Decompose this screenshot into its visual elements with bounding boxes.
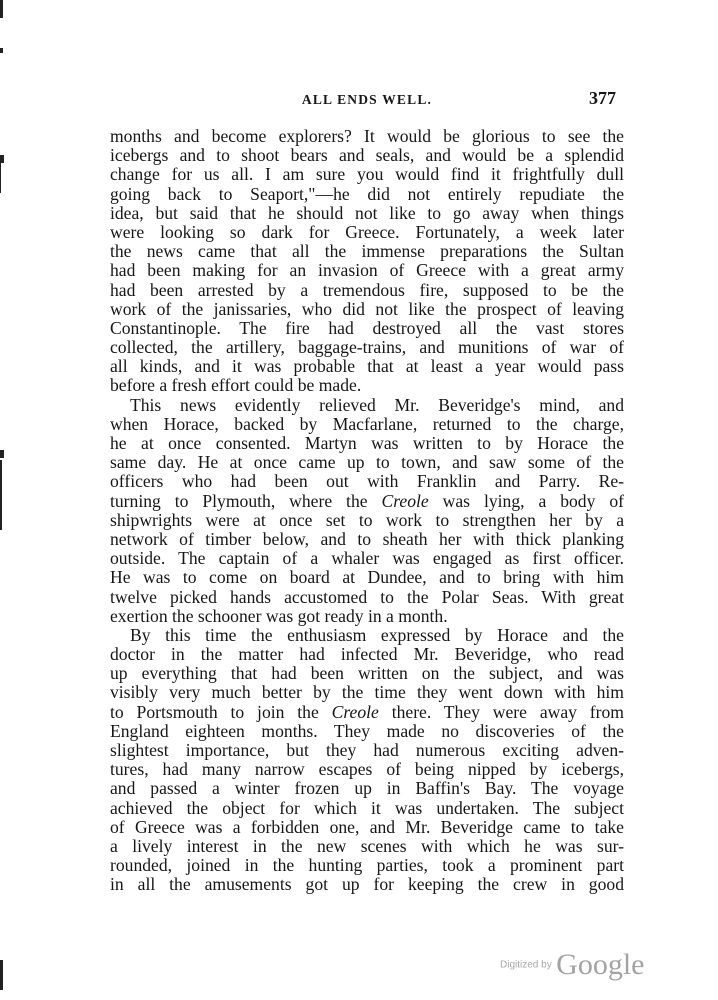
- text-line: He was to come on board at Dundee, and t…: [110, 568, 624, 587]
- scan-edge-mark: [0, 163, 1, 193]
- text-line: going back to Seaport,"—he did not entir…: [110, 185, 624, 204]
- scan-edge-mark: [0, 460, 2, 530]
- digitized-watermark: Digitized by Google: [500, 948, 644, 982]
- text-line: rounded, joined in the hunting parties, …: [110, 856, 624, 875]
- text-line: change for us all. I am sure you would f…: [110, 165, 624, 184]
- ship-name: Creole: [382, 491, 429, 511]
- text-line: Constantinople. The fire had destroyed a…: [110, 319, 624, 338]
- text-line: had been arrested by a tremendous fire, …: [110, 281, 624, 300]
- body-text: months and become explorers? It would be…: [110, 127, 624, 895]
- text-line: had been making for an invasion of Greec…: [110, 261, 624, 280]
- text-run: was lying, a body of: [429, 491, 624, 511]
- text-line: icebergs and to shoot bears and seals, a…: [110, 146, 624, 165]
- text-line: collected, the artillery, baggage-trains…: [110, 338, 624, 357]
- digitized-by-label: Digitized by: [500, 960, 552, 971]
- ship-name: Creole: [332, 702, 379, 722]
- scan-edge-mark: [0, 0, 3, 18]
- text-line: England eighteen months. They made no di…: [110, 722, 624, 741]
- text-line: when Horace, backed by Macfarlane, retur…: [110, 415, 624, 434]
- text-line: work of the janissaries, who did not lik…: [110, 300, 624, 319]
- text-line: same day. He at once came up to town, an…: [110, 453, 624, 472]
- page-header: ALL ENDS WELL. 377: [110, 88, 624, 112]
- text-line: tures, had many narrow escapes of being …: [110, 760, 624, 779]
- text-line: all kinds, and it was probable that at l…: [110, 357, 624, 376]
- scan-edge-mark: [0, 48, 3, 53]
- text-line: were looking so dark for Greece. Fortuna…: [110, 223, 624, 242]
- text-line: to Portsmouth to join the Creole there. …: [110, 703, 624, 722]
- text-run: there. They were away from: [379, 702, 624, 722]
- scan-edge-mark: [0, 155, 4, 163]
- text-line: twelve picked hands accustomed to the Po…: [110, 588, 624, 607]
- text-line: and passed a winter frozen up in Baffin'…: [110, 779, 624, 798]
- text-line: the news came that all the immense prepa…: [110, 242, 624, 261]
- google-logo: Google: [556, 948, 644, 981]
- text-line: slightest importance, but they had numer…: [110, 741, 624, 760]
- text-line: officers who had been out with Franklin …: [110, 472, 624, 491]
- text-line: in all the amusements got up for keeping…: [110, 875, 624, 894]
- text-line: idea, but said that he should not like t…: [110, 204, 624, 223]
- text-line: doctor in the matter had infected Mr. Be…: [110, 645, 624, 664]
- text-run: to Portsmouth to join the: [110, 702, 332, 722]
- text-line: By this time the enthusiasm expressed by…: [110, 626, 624, 645]
- text-line: This news evidently relieved Mr. Beverid…: [110, 396, 624, 415]
- text-line: a lively interest in the new scenes with…: [110, 837, 624, 856]
- text-line: exertion the schooner was got ready in a…: [110, 607, 624, 626]
- text-line: of Greece was a forbidden one, and Mr. B…: [110, 818, 624, 837]
- page-number: 377: [589, 88, 616, 109]
- scan-edge-mark: [0, 450, 4, 458]
- text-line: turning to Plymouth, where the Creole wa…: [110, 492, 624, 511]
- text-line: visibly very much better by the time the…: [110, 683, 624, 702]
- text-line: before a fresh effort could be made.: [110, 376, 624, 395]
- text-line: up everything that had been written on t…: [110, 664, 624, 683]
- text-line: achieved the object for which it was und…: [110, 799, 624, 818]
- text-line: he at once consented. Martyn was written…: [110, 434, 624, 453]
- text-run: turning to Plymouth, where the: [110, 491, 382, 511]
- running-title: ALL ENDS WELL.: [110, 92, 624, 108]
- text-line: outside. The captain of a whaler was eng…: [110, 549, 624, 568]
- scan-edge-mark: [0, 960, 3, 990]
- text-line: shipwrights were at once set to work to …: [110, 511, 624, 530]
- text-line: months and become explorers? It would be…: [110, 127, 624, 146]
- text-line: network of timber below, and to sheath h…: [110, 530, 624, 549]
